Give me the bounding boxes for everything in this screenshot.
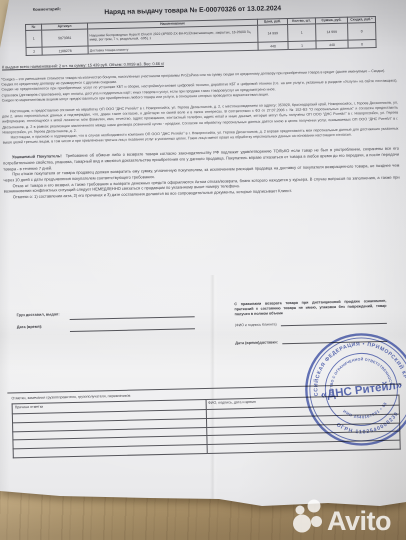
photo-scene: Комментарий: Наряд на выдачу товара № Е-… (0, 0, 406, 540)
avito-wordmark: Avito (327, 506, 391, 536)
buyer-notice: Уважаемый Покупатель!Требование об обмен… (3, 146, 400, 200)
signature-line (70, 328, 195, 332)
cell-qty: 1 (288, 24, 316, 42)
cell-num: 2 (26, 47, 42, 55)
document-content: Комментарий: Наряд на выдачу товара № Е-… (0, 0, 406, 540)
date-label: Дата (время): (17, 325, 42, 330)
cell-sku: 5073361 (42, 29, 88, 47)
legal-fine-print: *Скидка – это уменьшение стоимости товар… (1, 69, 398, 146)
cell-num: 1 (26, 30, 42, 47)
cell-sum: 440 (316, 40, 348, 49)
legal-and-buyer-text: *Скидка – это уменьшение стоимости товар… (1, 69, 400, 201)
cell-qty: 1 (288, 41, 316, 50)
cell-price: 440 (258, 42, 288, 51)
cell-discount: 0 (348, 40, 376, 49)
avito-logo-icon (293, 500, 322, 533)
stamp-center-text: «ДНС Ритейл» (320, 379, 403, 401)
cell-sum: 14 999 (316, 23, 348, 41)
avito-watermark: Avito (291, 498, 403, 536)
paper-shadow: Комментарий: Наряд на выдачу товара № Е-… (0, 0, 406, 540)
cell-sku: 1108278 (42, 46, 88, 55)
stamp-ring-inner-bottom: ИНН 2540167061 • 65 (342, 400, 391, 423)
svg-text:ИНН 2540167061 • 65: ИНН 2540167061 • 65 (342, 400, 391, 423)
cell-price: 14 999 (258, 25, 288, 43)
cell-discount: 0 (348, 23, 376, 41)
products-table: № Артикул Наименование Цена, руб. Кол-во… (25, 16, 377, 56)
issued-by-label: Груз доставил, выдал: (17, 312, 60, 317)
delivery-date-label: Дата (время)доставки: (235, 340, 278, 345)
totals-summary: К выдаче всего наименований: 2 шт. на су… (2, 61, 164, 70)
document-paper: Комментарий: Наряд на выдачу товара № Е-… (0, 0, 406, 540)
signature-line (70, 316, 195, 320)
client-sign-label: (ФИО и подпись Клиента) (235, 322, 277, 327)
